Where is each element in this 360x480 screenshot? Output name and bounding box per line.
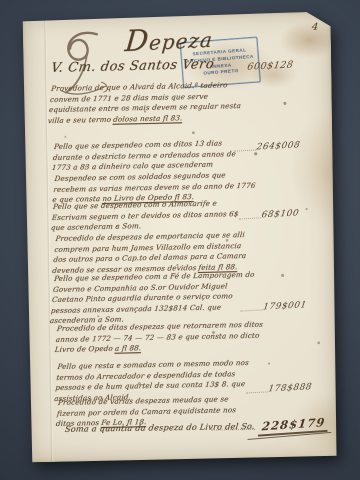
entry-text: Procedido de ditas despezas que retornar… — [54, 320, 263, 355]
entry-citation — [215, 160, 216, 169]
manuscript-entry: Procedido de despezas de emportancia que… — [52, 230, 252, 277]
entry-citation — [143, 221, 144, 230]
fold-crease — [44, 16, 54, 462]
margin-amount: 179$001 — [262, 301, 307, 312]
ink-speckles — [23, 16, 24, 17]
folio-number: 4 — [311, 23, 318, 34]
manuscript-entry: Pello que se despendeo com a Fé de Lampo… — [49, 270, 260, 327]
manuscript-entry: Provedoria de que o Alvará da Alcaid.ª t… — [47, 80, 251, 127]
total-amount: 228$179 — [258, 416, 329, 437]
entry-text: Pello que se despendeo com o Almoxarife … — [50, 199, 239, 233]
manuscript-entry: Pello que se despendeo com o Almoxarife … — [50, 198, 249, 234]
header-amount: 600$128 — [246, 60, 294, 72]
margin-amount: 264$008 — [256, 141, 301, 152]
entry-text: Pello que se despendeo com a Fé de Lampo… — [49, 270, 255, 326]
photograph-background: 4 Depeza SECRETARIA GERAL ARCHIVO E BIBL… — [0, 0, 360, 480]
manuscript-entry: Pello que se despendeo com os ditos 13 d… — [51, 138, 252, 174]
margin-amount: 68$100 — [261, 209, 300, 220]
manuscript-entry: Procedido de ditas despezas que retornar… — [54, 320, 263, 356]
total-label: Soma a quantia da despeza do Livro del S… — [64, 421, 265, 434]
paper-sheet: 4 Depeza SECRETARIA GERAL ARCHIVO E BIBL… — [23, 12, 338, 463]
manuscript-page: 4 Depeza SECRETARIA GERAL ARCHIVO E BIBL… — [0, 0, 360, 480]
entry-text: Pello que se despendeo com os ditos 13 d… — [51, 138, 236, 172]
margin-amount: 178$888 — [268, 383, 313, 394]
entry-citation: dolosa nesta fl 83. — [113, 113, 183, 123]
entry-citation: a fl 88. — [114, 343, 141, 353]
